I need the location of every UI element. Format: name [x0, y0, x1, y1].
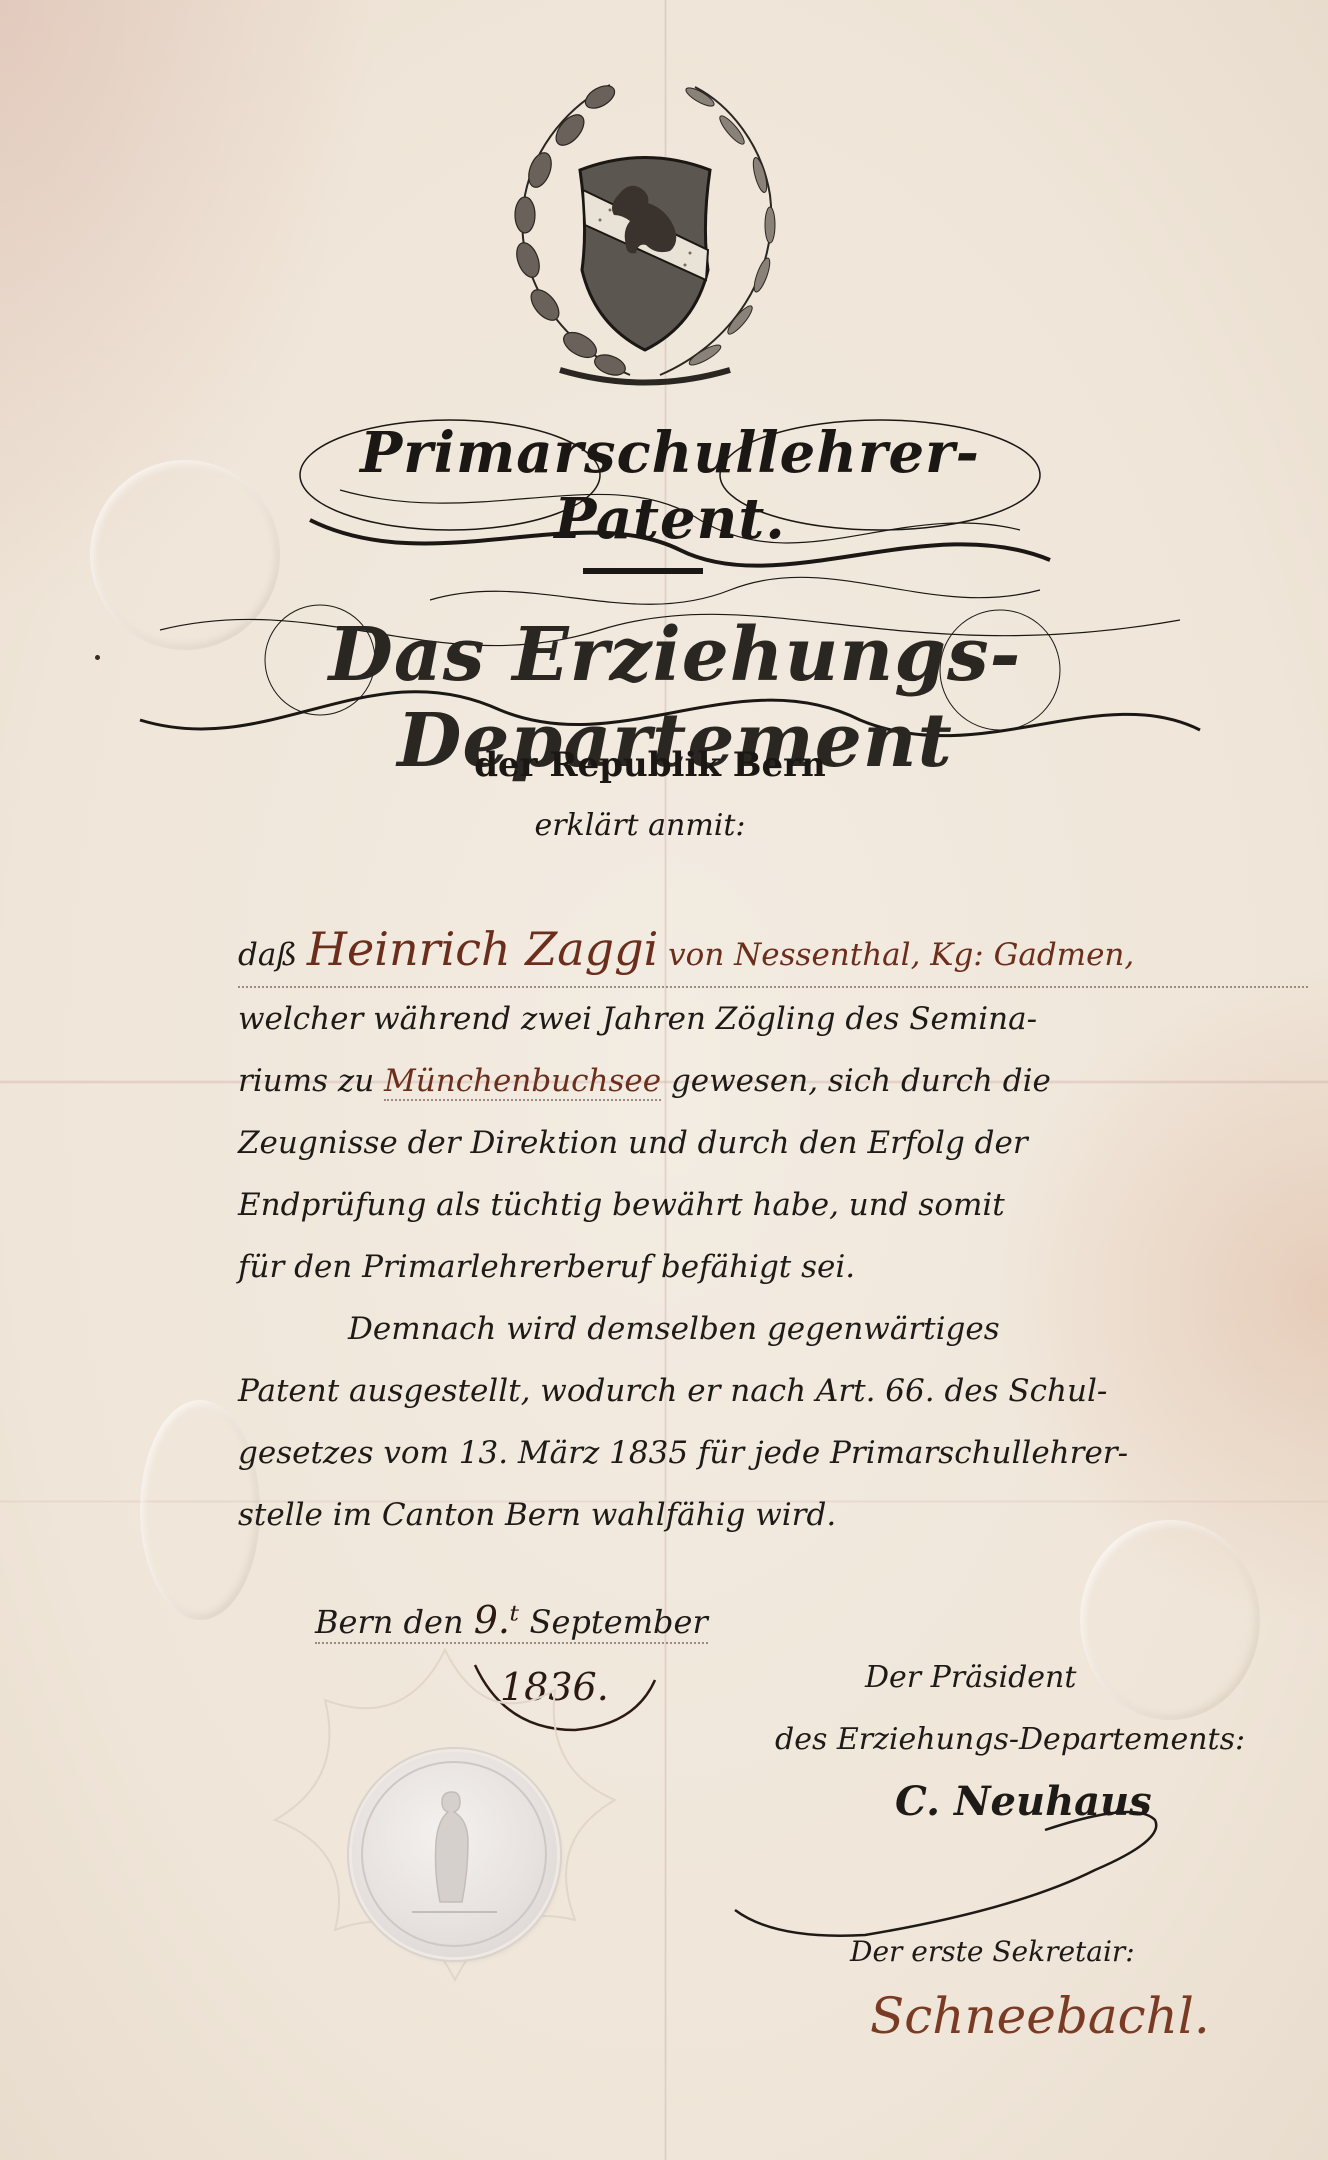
recipient-name: Heinrich Zaggi	[307, 922, 658, 976]
body-text: riums zu	[238, 1063, 374, 1099]
body-text: daß	[238, 937, 297, 973]
body-line: welcher während zwei Jahren Zögling des …	[238, 988, 1308, 1050]
body-text: gewesen, sich durch die	[671, 1063, 1051, 1099]
republic-subtitle: der Republik Bern	[420, 745, 880, 785]
secretary-signature: Schneebachl.	[870, 1987, 1210, 2045]
body-line: Demnach wird demselben gegenwärtiges	[238, 1298, 1308, 1360]
bern-crest-icon	[470, 75, 820, 395]
president-department: des Erziehungs-Departements:	[775, 1722, 1245, 1757]
title-divider	[583, 568, 703, 574]
body-line: Zeugnisse der Direktion und durch den Er…	[238, 1112, 1308, 1174]
certificate-title: Primarschullehrer-Patent.	[330, 420, 1010, 552]
seal-figure-icon	[352, 1752, 557, 1957]
body-line-recipient: daß Heinrich Zaggi von Nessenthal, Kg: G…	[238, 918, 1308, 988]
certificate-body: daß Heinrich Zaggi von Nessenthal, Kg: G…	[238, 918, 1308, 1546]
declares-phrase: erklärt anmit:	[460, 808, 820, 843]
ink-speck	[95, 655, 100, 660]
signature-swash-icon	[715, 1800, 1275, 1940]
body-line: gesetzes vom 13. März 1835 für jede Prim…	[238, 1422, 1308, 1484]
certificate-page: Primarschullehrer-Patent. Das Erziehungs…	[0, 0, 1328, 2160]
body-line-seminary: riums zu Münchenbuchsee gewesen, sich du…	[238, 1050, 1308, 1112]
body-line: Patent ausgestellt, wodurch er nach Art.…	[238, 1360, 1308, 1422]
recipient-origin: von Nessenthal, Kg: Gadmen,	[668, 937, 1134, 973]
body-line: Endprüfung als tüchtig bewährt habe, und…	[238, 1174, 1308, 1236]
body-line: für den Primarlehrerberuf befähigt sei.	[238, 1236, 1308, 1298]
president-title: Der Präsident	[865, 1660, 1076, 1695]
body-line: stelle im Canton Bern wahlfähig wird.	[238, 1484, 1308, 1546]
secretary-title: Der erste Sekretair:	[850, 1935, 1135, 1968]
seminary-place: Münchenbuchsee	[384, 1063, 661, 1101]
embossed-paper-seal-icon	[352, 1752, 557, 1957]
emboss-mark	[1080, 1520, 1260, 1720]
